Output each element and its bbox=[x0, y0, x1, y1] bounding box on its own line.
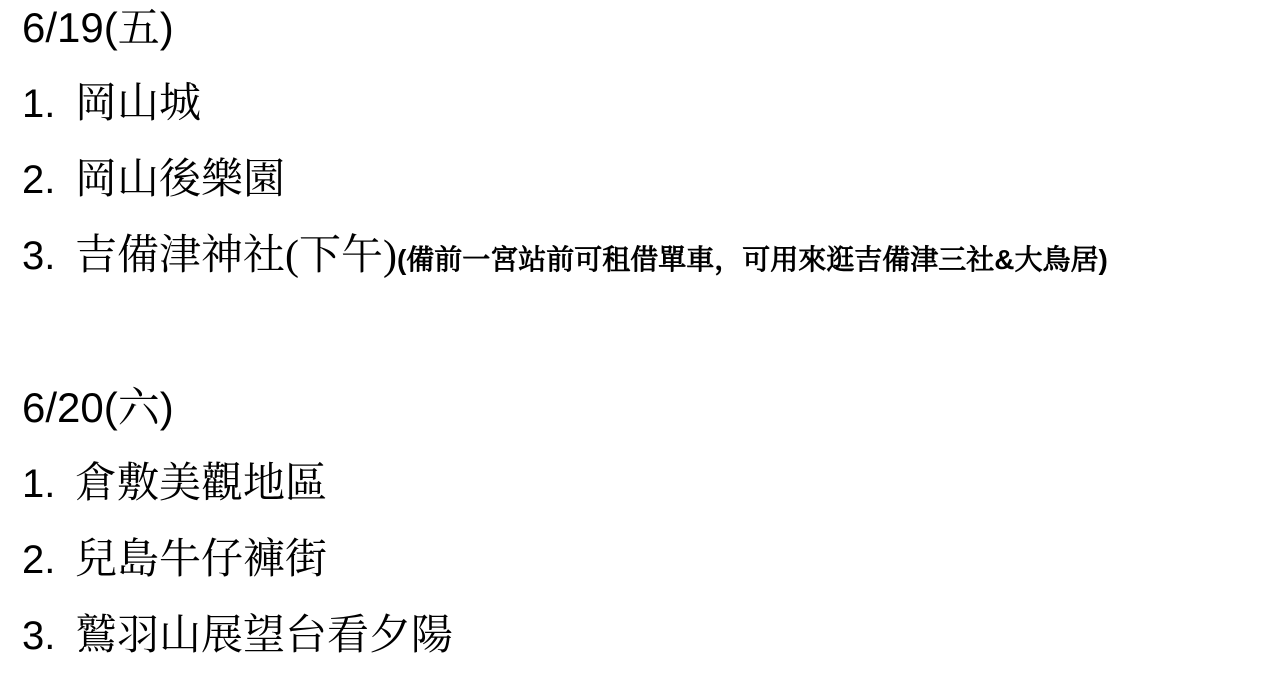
itinerary-document: 6/19(五) 1.岡山城 2.岡山後樂園 3.吉備津神社(下午)(備前一宮站前… bbox=[0, 0, 1279, 688]
item-text: 兒島牛仔褲街 bbox=[75, 537, 327, 583]
item-number: 3. bbox=[22, 218, 75, 294]
list-item: 3.鷲羽山展望台看夕陽 bbox=[22, 598, 1279, 674]
list-item: 3.吉備津神社(下午)(備前一宮站前可租借單車，可用來逛吉備津三社&大鳥居) bbox=[22, 218, 1279, 294]
item-text: 倉敷美觀地區 bbox=[75, 461, 327, 507]
section-spacer bbox=[22, 294, 1279, 370]
item-text: 吉備津神社(下午) bbox=[75, 233, 397, 279]
itinerary-section-day2: 6/20(六) 1.倉敷美觀地區 2.兒島牛仔褲街 3.鷲羽山展望台看夕陽 bbox=[22, 370, 1279, 674]
item-number: 3. bbox=[22, 598, 75, 674]
list-item: 2.兒島牛仔褲街 bbox=[22, 522, 1279, 598]
item-number: 1. bbox=[22, 446, 75, 522]
item-note: (備前一宮站前可租借單車，可用來逛吉備津三社&大鳥居) bbox=[397, 244, 1108, 275]
list-item: 2.岡山後樂園 bbox=[22, 142, 1279, 218]
date-header-day1: 6/19(五) bbox=[22, 0, 1279, 66]
item-number: 2. bbox=[22, 142, 75, 218]
list-item: 1.岡山城 bbox=[22, 66, 1279, 142]
itinerary-section-day1: 6/19(五) 1.岡山城 2.岡山後樂園 3.吉備津神社(下午)(備前一宮站前… bbox=[22, 0, 1279, 294]
date-header-day2: 6/20(六) bbox=[22, 370, 1279, 446]
document-body: 6/19(五) 1.岡山城 2.岡山後樂園 3.吉備津神社(下午)(備前一宮站前… bbox=[22, 0, 1279, 674]
item-number: 2. bbox=[22, 522, 75, 598]
list-item: 1.倉敷美觀地區 bbox=[22, 446, 1279, 522]
item-number: 1. bbox=[22, 66, 75, 142]
item-text: 岡山城 bbox=[75, 81, 201, 127]
item-text: 鷲羽山展望台看夕陽 bbox=[75, 613, 453, 659]
item-text: 岡山後樂園 bbox=[75, 157, 285, 203]
